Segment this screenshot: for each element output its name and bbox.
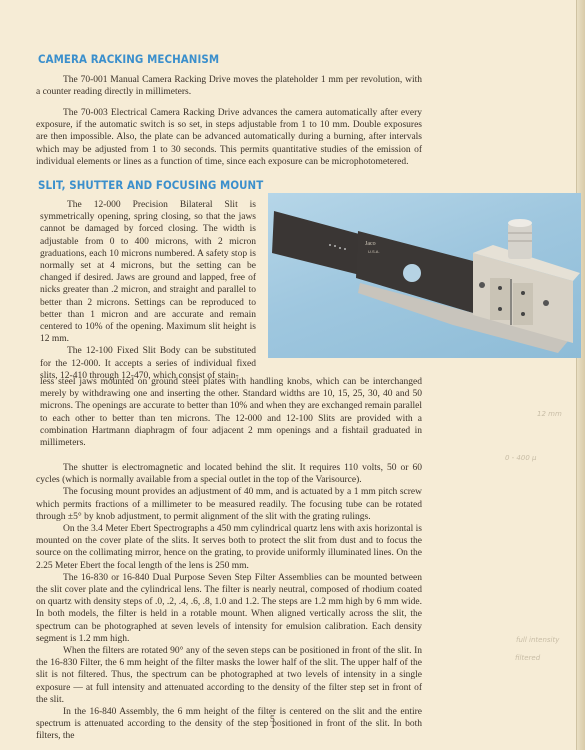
annotation-slit-width: 0 - 400 μ (505, 454, 536, 462)
paragraph-fixed-slit-continued: less steel jaws mounted on ground steel … (40, 376, 422, 449)
annotation-full-intensity: full intensity (516, 636, 559, 644)
paragraph-filter-rotation: When the filters are rotated 90° any of … (36, 645, 422, 706)
paragraph-electrical-racking: The 70-003 Electrical Camera Racking Dri… (36, 107, 422, 168)
annotation-slit-height: 12 mm (537, 410, 562, 418)
paragraph-16-840-assembly: In the 16-840 Assembly, the 6 mm height … (36, 706, 422, 743)
column-beside-photo: The 12-000 Precision Bilateral Slit is s… (40, 199, 256, 382)
paragraph-filter-assemblies: The 16-830 or 16-840 Dual Purpose Seven … (36, 572, 422, 645)
page-edge (576, 0, 585, 750)
slit-assembly-photo: Jaco U.S.A. (268, 193, 581, 358)
paragraph-text: The 70-001 Manual Camera Racking Drive m… (36, 74, 422, 98)
annotation-filtered: filtered (515, 654, 540, 662)
paragraph-text: less steel jaws mounted on ground steel … (40, 376, 422, 449)
section-heading-camera-racking: CAMERA RACKING MECHANISM (38, 52, 219, 66)
section-heading-slit-shutter: SLIT, SHUTTER AND FOCUSING MOUNT (38, 178, 263, 192)
shutter-focus-filter-paragraphs: The shutter is electromagnetic and locat… (36, 462, 422, 743)
paragraph-precision-slit: The 12-000 Precision Bilateral Slit is s… (40, 199, 256, 345)
photo-brand-engraving: Jaco (365, 241, 376, 247)
page-number: 5 (270, 715, 275, 725)
paragraph-cylindrical-lens: On the 3.4 Meter Ebert Spectrographs a 4… (36, 523, 422, 572)
paragraph-focusing-mount: The focusing mount provides an adjustmen… (36, 486, 422, 523)
paragraph-text: The 70-003 Electrical Camera Racking Dri… (36, 107, 422, 168)
svg-text:U.S.A.: U.S.A. (368, 249, 380, 254)
paragraph-shutter: The shutter is electromagnetic and locat… (36, 462, 422, 486)
paragraph-manual-racking: The 70-001 Manual Camera Racking Drive m… (36, 74, 422, 98)
